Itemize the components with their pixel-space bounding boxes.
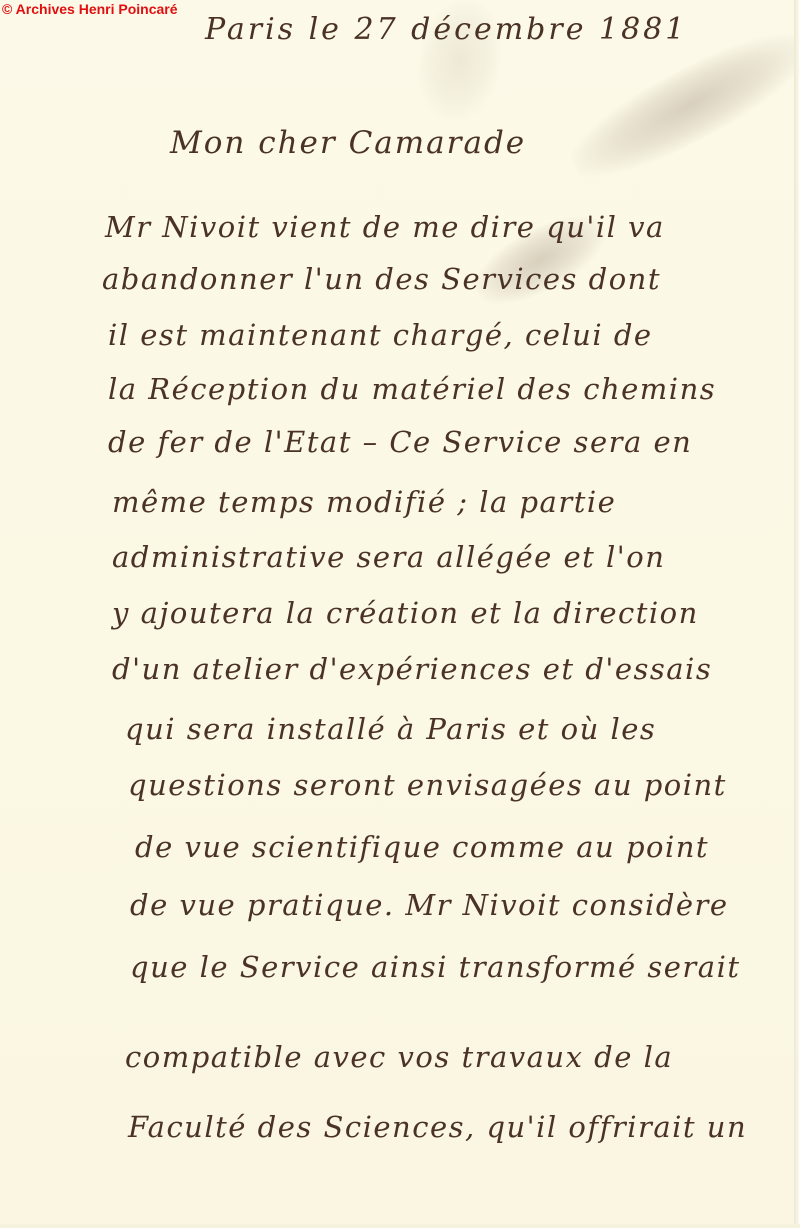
letter-line: il est maintenant chargé, celui de [108, 318, 653, 352]
letter-line: même temps modifié ; la partie [112, 485, 616, 519]
letter-page: © Archives Henri Poincaré Paris le 27 dé… [0, 0, 800, 1228]
letter-line: d'un atelier d'expériences et d'essais [112, 652, 712, 686]
letter-line: Mr Nivoit vient de me dire qu'il va [105, 210, 665, 244]
letter-line: administrative sera allégée et l'on [112, 540, 665, 574]
copyright-watermark: © Archives Henri Poincaré [2, 1, 178, 17]
letter-line: abandonner l'un des Services dont [102, 262, 661, 296]
letter-line: la Réception du matériel des chemins [108, 372, 716, 406]
letter-line: y ajoutera la création et la direction [112, 596, 699, 630]
letter-line: de vue pratique. Mr Nivoit considère [130, 888, 729, 922]
letter-line: de fer de l'Etat – Ce Service sera en [108, 425, 692, 459]
letter-dateline: Paris le 27 décembre 1881 [205, 12, 687, 47]
letter-line: questions seront envisagées au point [128, 768, 727, 802]
letter-line: Faculté des Sciences, qu'il offrirait un [128, 1110, 747, 1144]
letter-line: qui sera installé à Paris et où les [125, 712, 656, 746]
letter-salutation: Mon cher Camarade [170, 125, 526, 161]
paper-edge [794, 0, 800, 1228]
letter-line: compatible avec vos travaux de la [125, 1040, 673, 1074]
letter-line: de vue scientifique comme au point [135, 830, 709, 864]
letter-line: que le Service ainsi transformé serait [130, 950, 741, 984]
paper-edge [0, 1224, 800, 1228]
